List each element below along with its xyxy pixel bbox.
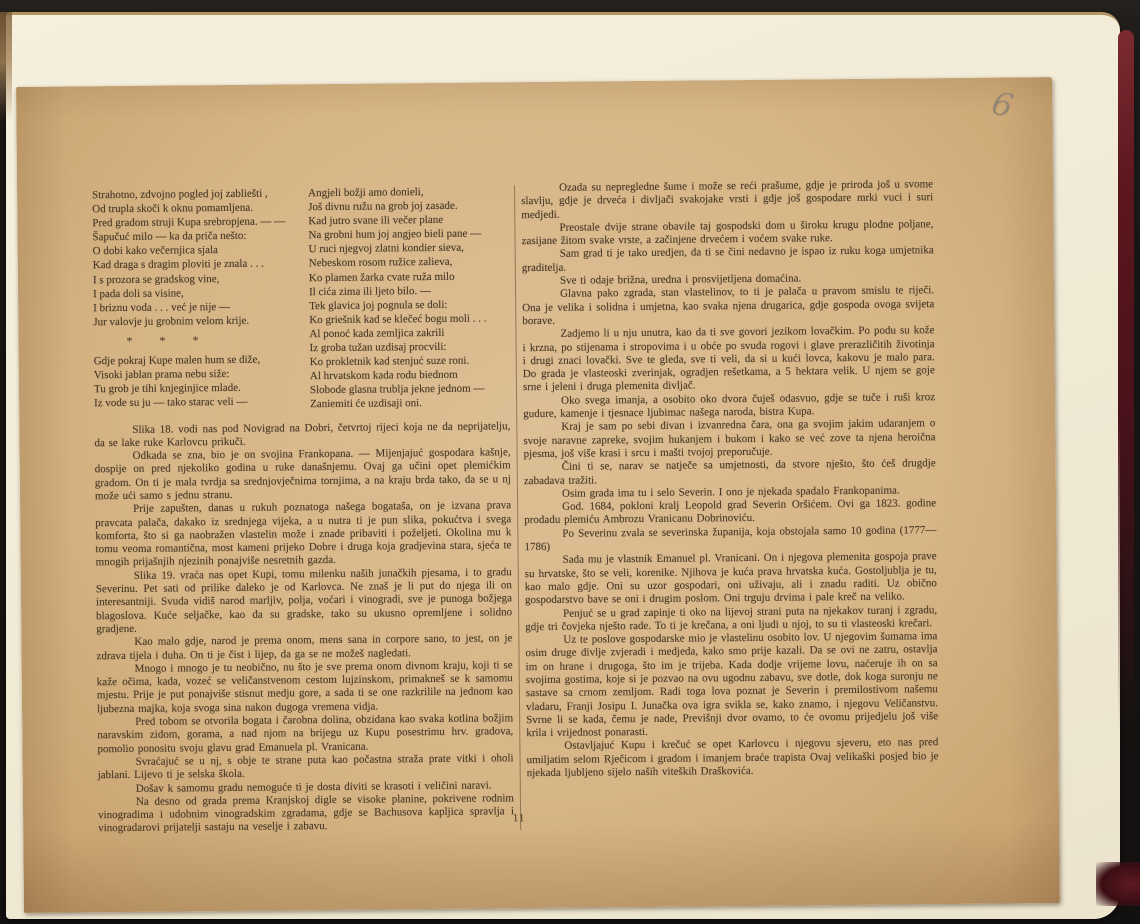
paragraph: Slika 18. vodi nas pod Novigrad na Dobri… [94,420,510,451]
poem-stanza-2: Gdje pokraj Kupe malen hum se diže,Visok… [94,352,311,410]
column-divider-rule [514,185,521,830]
poem-line: Ko griešnik kad se klečeć bogu moli . . … [309,311,509,327]
right-column-paragraphs: Ozada su nepregledne šume i može se reći… [521,178,939,780]
paragraph: Sam grad ti je tako uredjen, da ti se či… [522,245,934,276]
paragraph: Mnogo i mnogo je tu neobično, nu što je … [97,659,513,716]
book-cover-edge [1118,30,1134,730]
poem-line: Slobode glasna trublja jekne jednom — [310,382,510,398]
poem-line: Zaniemiti će uzdisaji oni. [310,396,510,412]
left-column-paragraphs: Slika 18. vodi nas pod Novigrad na Dobri… [94,420,514,836]
paragraph: Zadjemo li u nju unutra, kao da ti sve g… [522,324,935,394]
paragraph: Ozada su nepregledne šume i može se reći… [521,178,933,222]
paragraph: Oko svega imanja, a osobito oko dvora ču… [523,391,935,422]
poem-line: Na grobni hum joj angjeo bieli pane — [308,227,508,243]
poem-line: Jur valovje ju grobnim velom krije. [93,313,309,329]
book-page: 6 Strahotno, zdvojno pogled joj zabliešt… [16,77,1060,913]
paragraph: Penjuć se u grad zapinje ti oko na lijev… [525,604,937,635]
paragraph: Ostavljajuć Kupu i krečuć se opet Karlov… [526,737,938,781]
poem-left-column: Strahotno, zdvojno pogled joj zabliešti … [92,186,310,414]
book-cover-corner [1096,862,1140,906]
paragraph: Svraćajuć se u nj, s obje te strane puta… [97,752,513,783]
paragraph: Prije zapušten, danas u rukuh poznatoga … [95,500,512,570]
binding-edge [0,12,12,122]
stanza-separator: * * * [93,333,243,348]
poem-line: Pred gradom struji Kupa srebropjena. — — [92,214,308,230]
paragraph: Sada mu je vlastnik Emanuel pl. Vranican… [525,550,937,607]
left-column: Strahotno, zdvojno pogled joj zabliešti … [92,182,514,836]
paragraph: Čini ti se, narav se natječe sa umjetnos… [524,457,936,488]
pencil-corner-number: 6 [988,84,1017,126]
paragraph: Preostale dvije strane obavile taj gospo… [521,218,933,249]
paragraph: God. 1684, pokloni kralj Leopold grad Se… [524,497,936,528]
paragraph: Kao malo gdje, narod je prema onom, mens… [96,633,512,664]
photograph-of-open-book: { "annotations": { "corner_number": "6" … [0,0,1140,924]
poem-stanza-1: Strahotno, zdvojno pogled joj zabliešti … [92,186,309,329]
poem-right-column: Angjeli božji amo donieli,Još divnu ružu… [308,184,510,411]
text-block: Strahotno, zdvojno pogled joj zabliešti … [92,178,940,836]
paragraph: Kraj je sam po sebi divan i izvanredna č… [523,418,935,462]
right-column: Ozada su nepregledne šume i može se reći… [521,178,939,832]
poem-stanza-3: Angjeli božji amo donieli,Još divnu ružu… [308,184,510,411]
paragraph: Po Severinu zvala se severinska županija… [524,524,936,555]
poem-line: Iz vode su ju — tako starac veli — [94,394,310,410]
paragraph: Pred tobom se otvorila bogata i čarobna … [97,712,513,756]
paragraph: Odkada se zna, bio je on svojina Frankop… [95,446,511,503]
paragraph: Slika 19. vraća nas opet Kupi, tomu mile… [96,566,513,636]
paragraph: Glavna pako zgrada, stan vlastelinov, to… [522,285,934,329]
poem-section: Strahotno, zdvojno pogled joj zabliešti … [92,184,510,413]
paragraph: Uz te poslove gospodarske mio je vlastel… [525,630,938,740]
